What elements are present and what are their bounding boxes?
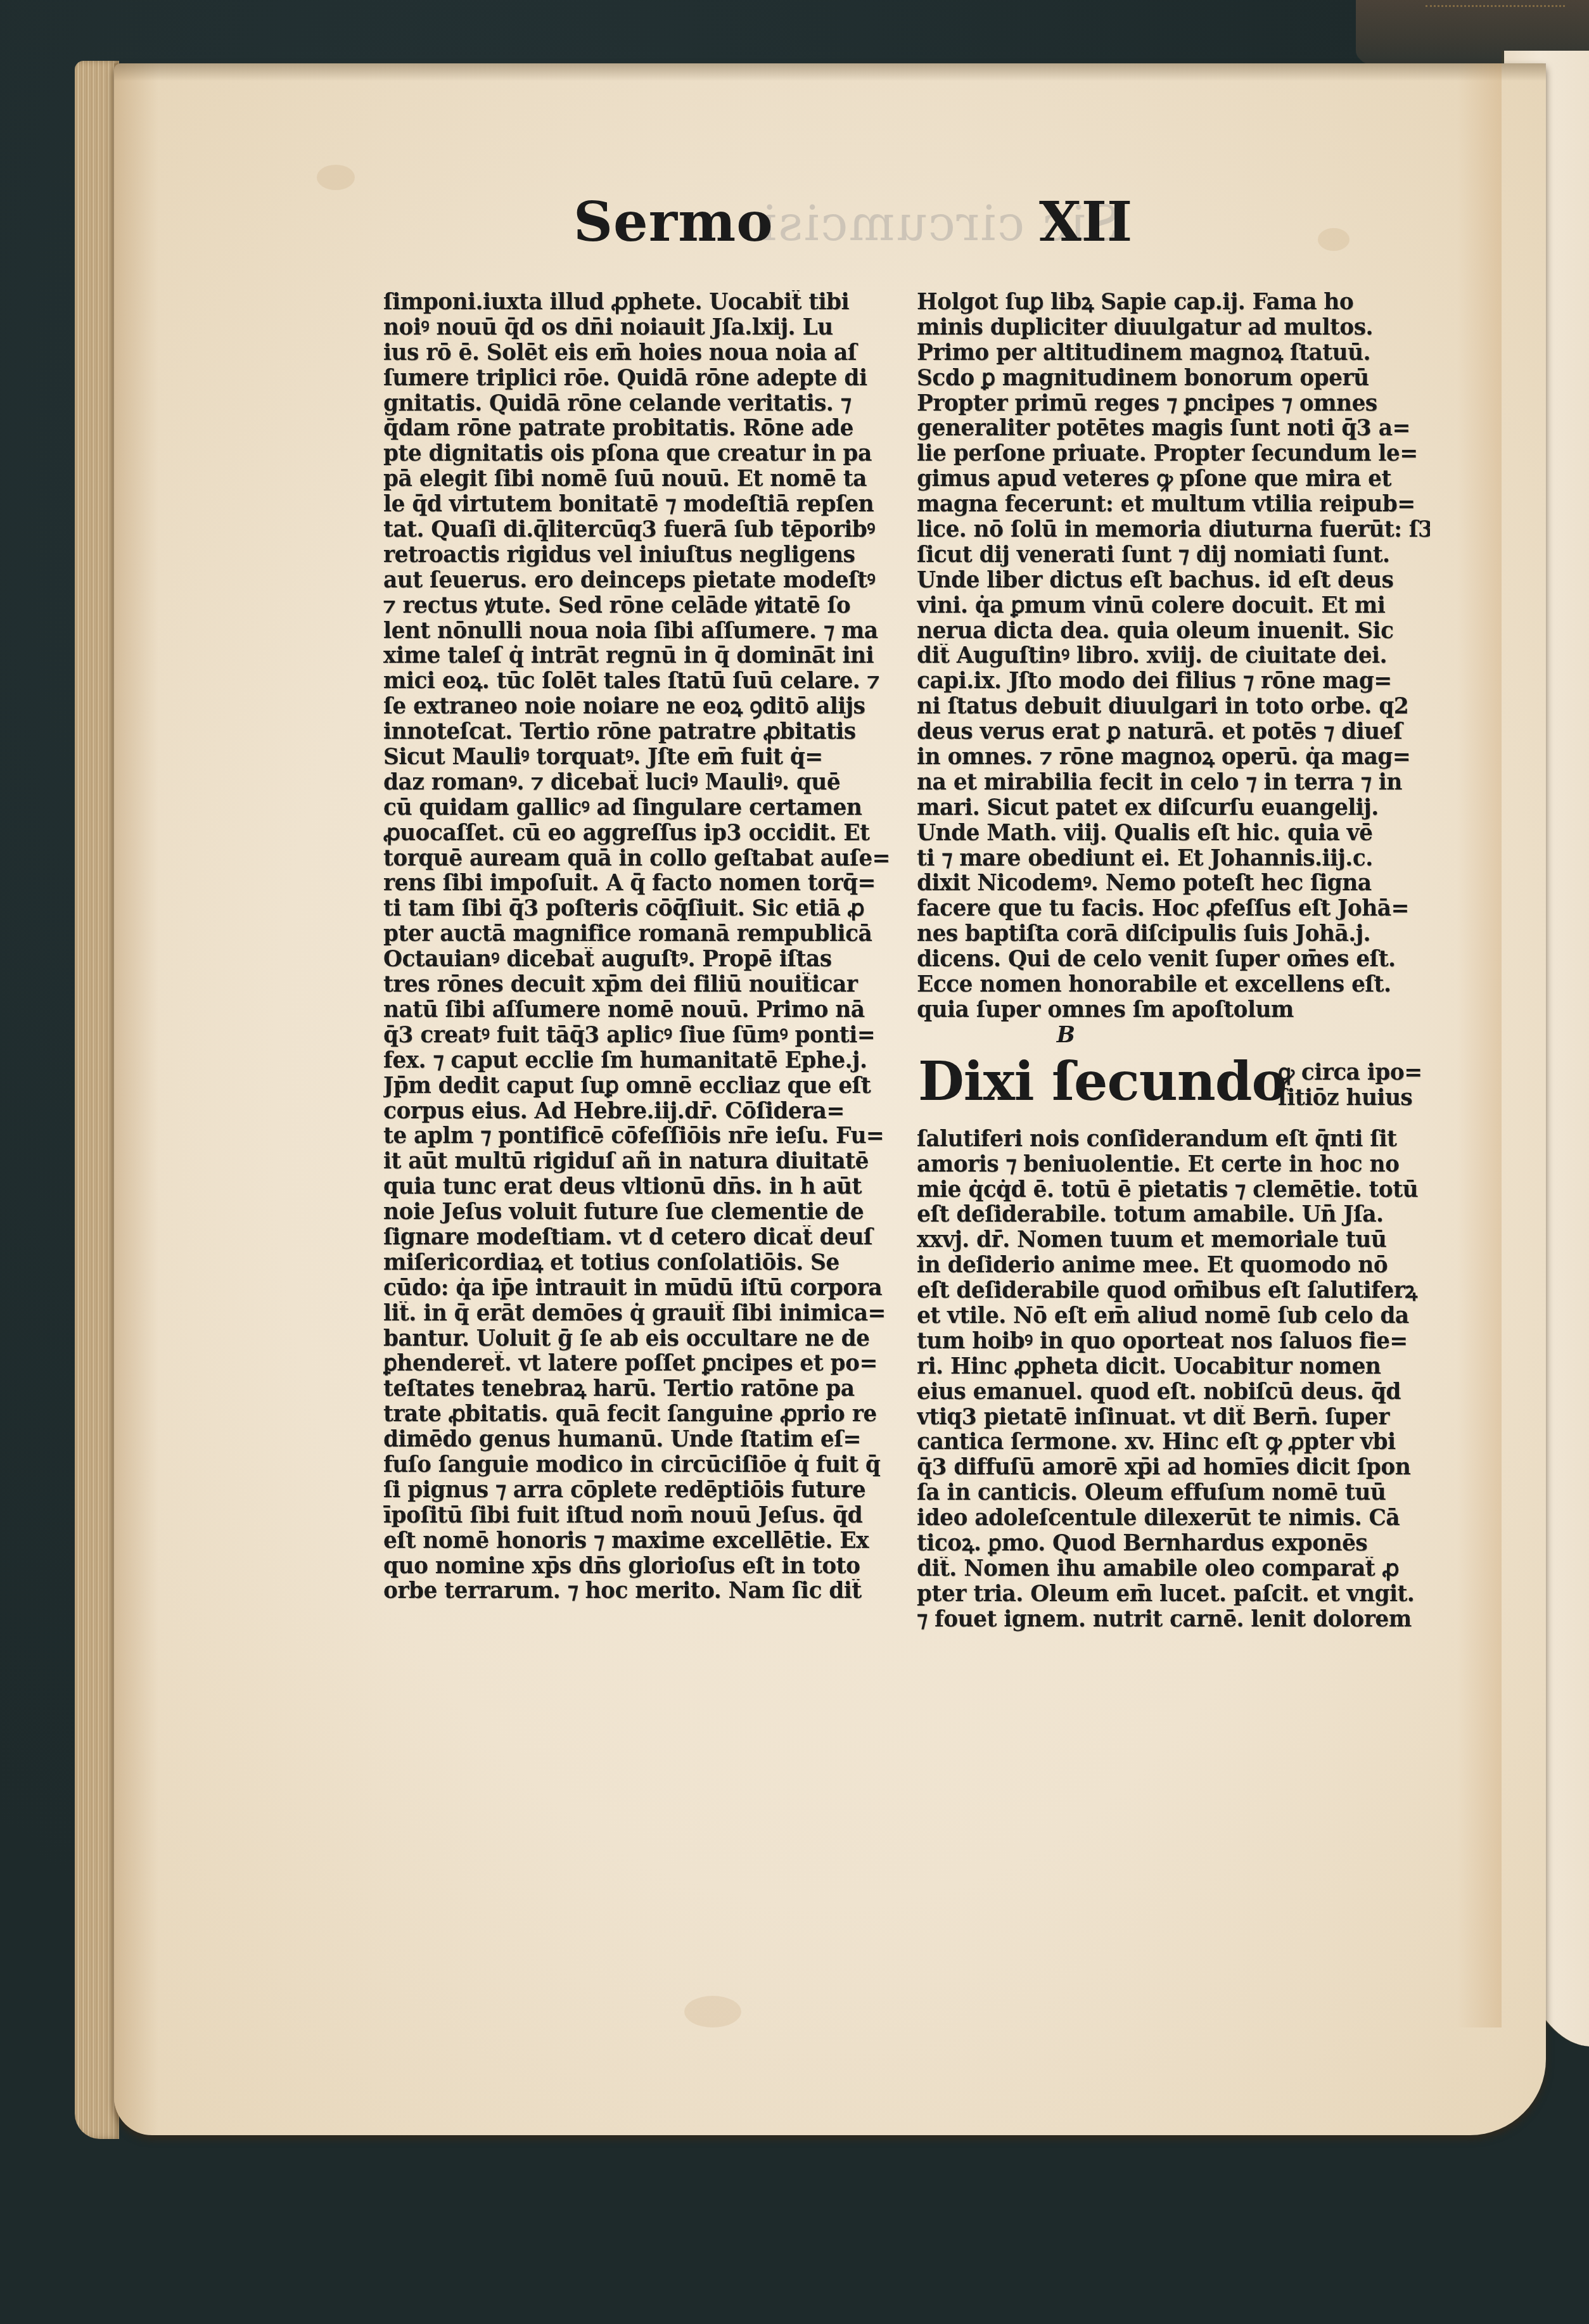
text-line: it aūt multū rigiduſ añ in natura diuita… [383, 1149, 897, 1175]
left-text-column: ſimponi.iuxta illud ꝓphete. Uocabiẗ tibi… [383, 290, 897, 1604]
text-line: daz romanꝰ. ⁊ dicebaẗ luciꝰ Mauliꝰ. quē [383, 770, 897, 796]
text-line: eſt nomē honoris ⁊ maxime excellētie. Ex [383, 1529, 897, 1554]
section-heading-aside: ꝙ circa ipo= ſitiōz huius [1278, 1060, 1430, 1111]
text-line: tum hoibꝰ in quo oporteat nos ſaluos fie… [917, 1329, 1430, 1355]
text-line: xime taleſ q̇ intrāt regnū in q̄ dominā̄… [383, 644, 897, 669]
text-line: lie perſone priuate. Propter ſecundum le… [917, 442, 1430, 467]
section-heading-block: Dixi ſecundo ꝙ circa ipo= ſitiōz huius [917, 1051, 1430, 1127]
text-line: diẗ Auguſtinꝰ libro. xviij. de ciuitate … [917, 644, 1430, 669]
text-line: trate ꝓbitatis. quā fecit ſanguine ꝓprio… [383, 1402, 897, 1427]
text-line: cūdo: q̇a ip̄e intrauit in mūdū iſtū cor… [383, 1276, 897, 1301]
text-line: le q̄d virtutem bonitatē ⁊ modeſtiā repſ… [383, 492, 897, 518]
text-line: ⁊ fouet ignem. nutrit carnē. lenit dolor… [917, 1607, 1430, 1633]
foxing-stain [317, 165, 355, 190]
text-line: natū ſibi aſſumere nomē nouū. Primo nā [383, 998, 897, 1023]
text-line: q̄3 creatꝰ fuit tāq̄3 aplicꝰ ſiue ſūmꝰ p… [383, 1023, 897, 1049]
text-line: ꝙ circa ipo= [1278, 1060, 1430, 1085]
text-line: eſt deſiderabile. totum amabile. Un̄ Jſa… [917, 1203, 1430, 1228]
text-line: dimēdo genus humanū. Unde ſtatim eſ= [383, 1427, 897, 1453]
text-line: ſa in canticis. Oleum effuſum nomē tuū [917, 1481, 1430, 1506]
text-line: ꝑhendereẗ. vt latere poſſet ꝑncipes et p… [383, 1351, 897, 1377]
text-line: nes baptiſta corā diſcipulis ſuis Johā.j… [917, 922, 1430, 947]
text-line: tat. Quaſi di.q̄litercūq3 fuerā ſub tēpo… [383, 518, 897, 543]
text-line: ſalutiferi nois conſiderandum eſt q̄nti … [917, 1127, 1430, 1152]
text-line: pā elegit ſibi nomē ſuū nouū. Et nomē ta [383, 467, 897, 492]
gutter-shadow [1457, 63, 1502, 2027]
text-line: gnitatis. Quidā rōne celande veritatis. … [383, 392, 897, 417]
running-head: Sic circumcisi Sermo XII [0, 190, 1589, 266]
text-line: na et mirabilia fecit in celo ⁊ in terra… [917, 770, 1430, 796]
section-marker: B [917, 1023, 1215, 1049]
text-line: bantur. Uoluit ḡ ſe ab eis occultare ne … [383, 1327, 897, 1352]
text-line: innoteſcat. Tertio rōne patratre ꝓbitati… [383, 720, 897, 745]
text-line: facere que tu facis. Hoc ꝓfeſſus eſt Joh… [917, 897, 1430, 922]
text-line: eius emanuel. quod eſt. nobiſcū deus. q̄… [917, 1380, 1430, 1405]
text-line: corpus eius. Ad Hebre.iij.dr̄. Cōſidera= [383, 1099, 897, 1125]
text-line: ſi pignus ⁊ arra cōplete redēptiōis futu… [383, 1478, 897, 1504]
text-line: pter tria. Oleum em̄ lucet. paſcit. et v… [917, 1582, 1430, 1607]
text-line: amoris ⁊ beniuolentie. Et certe in hoc n… [917, 1152, 1430, 1178]
text-line: ⁊ rectus ꝟtute. Sed rōne celāde ꝟitatē ſ… [383, 594, 897, 619]
text-line: ti ⁊ mare obediunt ei. Et Johannis.iij.c… [917, 846, 1430, 872]
text-line: fuſo ſanguie modico in circūciſiōe q̇ fu… [383, 1453, 897, 1478]
text-line: ſimponi.iuxta illud ꝓphete. Uocabiẗ tibi [383, 290, 897, 316]
text-line: deus verus erat ꝑ naturā. et potēs ⁊ diu… [917, 720, 1430, 745]
text-line: q̄3 diffuſū amorē xp̄i ad homīes dicit ſ… [917, 1455, 1430, 1481]
foxing-stain [684, 1996, 741, 2027]
text-line: liẗ. in q̄ erāt demōes q̇ grauiẗ ſibi in… [383, 1301, 897, 1327]
text-line: cantica ſermone. xv. Hinc eſt ꝙ ꝓpter vb… [917, 1430, 1430, 1455]
text-line: lice. nō ſolū in memoria diuturna fuerūt… [917, 518, 1430, 543]
text-line: torquē auream quā in collo geſtabat auſe… [383, 846, 897, 872]
text-line: ticoꝝ. ꝑmo. Quod Bernhardus exponēs [917, 1531, 1430, 1557]
text-line: eſt deſiderabile quod om̄ibus eſt ſaluti… [917, 1279, 1430, 1304]
text-line: quia ſuper omnes ſ̄m apoſtolum [917, 998, 1430, 1023]
right-text-column: Holgot ſuꝑ libꝝ Sapie cap.ij. Fama homin… [917, 290, 1430, 1633]
text-line: ſignare modeſtiam. vt d̄ cetero dicaẗ de… [383, 1225, 897, 1251]
text-line: ni ſtatus debuit diuulgari in toto orbe.… [917, 694, 1430, 720]
running-head-title: Sermo [573, 190, 774, 254]
text-line: dixit Nicodemꝰ. Nemo poteſt hec ſigna [917, 871, 1430, 897]
text-line: mari. Sicut patet ex diſcurſu euangelij. [917, 796, 1430, 821]
text-line: retroactis rigidus vel iniuſtus negligen… [383, 543, 897, 568]
text-line: Scd̄o ꝑ magnitudinem bonorum operū [917, 366, 1430, 392]
text-line: Holgot ſuꝑ libꝝ Sapie cap.ij. Fama ho [917, 290, 1430, 316]
text-line: īpoſitū ſibi fuit iſtud nom̄ nouū Jeſus.… [383, 1504, 897, 1529]
text-line: ſitiōz huius [1278, 1085, 1430, 1111]
text-line: cū quidam gallicꝰ ad ſingulare certamen [383, 796, 897, 821]
text-line: quo nomine xp̄s dn̄s glorioſus eſt in to… [383, 1554, 897, 1580]
text-line: rens ſibi impoſuit. A q̄ facto nomen tor… [383, 871, 897, 897]
text-line: Sicut Mauliꝰ torquatꝰ. Jſte em̄ fuit q̇= [383, 745, 897, 770]
text-line: ri. Hinc ꝓpheta dicit. Uocabitur nomen [917, 1355, 1430, 1380]
text-line: Propter primū reges ⁊ ꝑncipes ⁊ omnes [917, 392, 1430, 417]
right-column-text-before-heading: Holgot ſuꝑ libꝝ Sapie cap.ij. Fama homin… [917, 290, 1430, 1023]
text-line: ideo adoleſcentule dilexerūt te nimis. C… [917, 1506, 1430, 1531]
text-line: in omnes. ⁊ rōne magnoꝝ operū. q̇a mag= [917, 745, 1430, 770]
text-line: miſericordiaꝝ et totius conſolatiōis. Se [383, 1251, 897, 1276]
page-edges-stack [75, 61, 119, 2139]
right-column-text-after-heading: ſalutiferi nois conſiderandum eſt q̄nti … [917, 1127, 1430, 1633]
text-line: lent nōnulli noua noia ſibi aſſumere. ⁊ … [383, 619, 897, 644]
text-line: tres rōnes decuit xp̄m dei filiū nouiẗic… [383, 973, 897, 998]
text-line: ſicut dij venerati ſunt ⁊ dij nomiati ſu… [917, 543, 1430, 568]
text-line: ſe extraneo noie noiare ne eoꝝ ꝯditō ali… [383, 694, 897, 720]
text-line: Octauianꝰ dicebaẗ auguſtꝰ. Propē iſtas [383, 947, 897, 973]
text-line: et vtile. Nō eſt em̄ aliud nomē ſub celo… [917, 1304, 1430, 1329]
gilt-tooling [1426, 5, 1565, 21]
text-line: ꝓuocaſſet. cū eo aggreſſus ip3 occidit. … [383, 821, 897, 846]
text-line: quia tunc erat deus vltionū dn̄s. in h̄ … [383, 1175, 897, 1200]
text-line: Unde liber dictus eſt bachus. id eſt deu… [917, 568, 1430, 594]
text-line: magna fecerunt: et multum vtilia reipub= [917, 492, 1430, 518]
text-line: ti tam ſibi q̄3 poſteris cōq̄ſiuit. Sic … [383, 897, 897, 922]
running-head-numeral: XII [1039, 190, 1132, 254]
text-line: noiꝰ nouū q̄d os dn̄i noiauit Jſa.lxij. … [383, 316, 897, 341]
section-heading-initial: Dixi ſecundo [918, 1051, 1287, 1112]
text-line: vini. q̇a ꝑmum vinū colere docuit. Et mi [917, 594, 1430, 619]
text-line: vtiq3 pietatē inſinuat. vt diẗ Bern̄. ſu… [917, 1405, 1430, 1431]
text-line: pter auctā magnifice romanā rempublicā [383, 922, 897, 947]
text-line: orbe terrarum. ⁊ hoc merito. Nam ſic diẗ [383, 1579, 897, 1604]
text-line: ſumere triplici rōe. Quidā rōne adepte d… [383, 366, 897, 392]
text-line: dicens. Qui de celo venit ſuper om̄es eſ… [917, 947, 1430, 973]
text-line: generaliter potētes magis ſunt noti q̄3 … [917, 416, 1430, 442]
text-line: ius rō ē. Solēt eis em̄ hoies noua noia … [383, 341, 897, 366]
text-line: noie Jeſus voluit future ſue clementie d… [383, 1200, 897, 1225]
text-line: mie q̇cq̇d ē. totū ē pietatis ⁊ clemētie… [917, 1178, 1430, 1203]
text-line: fex. ⁊ caput ecclie ſ̄m humanitatē Ephe.… [383, 1049, 897, 1074]
text-line: Unde Math. viij. Qualis eſt hic. quia vē [917, 821, 1430, 846]
text-line: Ecce nomen honorabile et excellens eſt. [917, 973, 1430, 998]
text-line: gimus apud veteres ꝙ pſone que mira et [917, 467, 1430, 492]
text-line: mici eoꝝ. tūc ſolēt tales ſtatū ſuū cela… [383, 669, 897, 694]
text-line: Jp̄m dedit caput ſuꝑ omnē eccliaz que eſ… [383, 1074, 897, 1099]
text-line: capi.ix. Jſto modo dei filius ⁊ rōne mag… [917, 669, 1430, 694]
text-line: in deſiderio anime mee. Et quomodo nō [917, 1253, 1430, 1279]
text-line: teſtates tenebraꝝ harū. Tertio ratōne pa [383, 1377, 897, 1402]
text-line: minis dupliciter diuulgatur ad multos. [917, 316, 1430, 341]
text-line: Primo per altitudinem magnoꝝ ſtatuū. [917, 341, 1430, 366]
text-line: pte dignitatis ois pſona que creatur in … [383, 442, 897, 467]
text-line: q̄dam rōne patrate probitatis. Rōne ade [383, 416, 897, 442]
text-line: aut ſeuerus. ero deinceps pietate modeſt… [383, 568, 897, 594]
text-line: xxvj. dr̄. Nomen tuum et memoriale tuū [917, 1228, 1430, 1253]
text-line: diẗ. Nomen ih̄u amabile oleo comparaẗ ꝓ [917, 1557, 1430, 1582]
text-line: te aplm ⁊ pontificē cōfeſſiōis nr̄e ieſu… [383, 1124, 897, 1149]
text-line: nerua dicta dea. quia oleum inuenit. Sic [917, 619, 1430, 644]
